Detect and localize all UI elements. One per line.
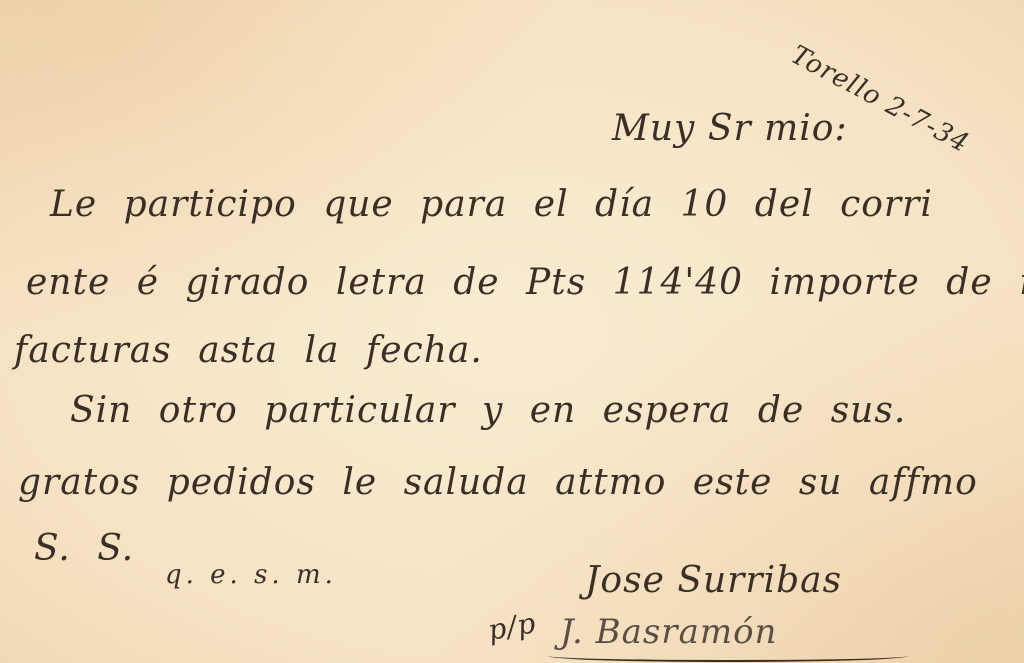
- postcard: Torello 2-7-34 Muy Sr mio: Le participo …: [0, 0, 1024, 663]
- salutation: Muy Sr mio:: [612, 108, 848, 149]
- body-line-1: Le participo que para el día 10 del corr…: [50, 184, 933, 225]
- body-line-3: facturas asta la fecha.: [14, 330, 483, 371]
- body-line-2: ente é girado letra de Pts 114'40 import…: [26, 262, 1024, 303]
- body-line-5: gratos pedidos le saluda attmo este su a…: [18, 462, 978, 503]
- signature-secondary: J. Basramón: [560, 612, 777, 652]
- per-procuration-mark: p/p: [486, 606, 539, 647]
- closing-abbreviation: q. e. s. m.: [165, 560, 337, 590]
- body-line-4: Sin otro particular y en espera de sus.: [70, 390, 906, 431]
- signature-flourish: [548, 650, 908, 662]
- signature-name: Jose Surribas: [585, 560, 842, 601]
- body-line-6: S. S.: [34, 528, 134, 569]
